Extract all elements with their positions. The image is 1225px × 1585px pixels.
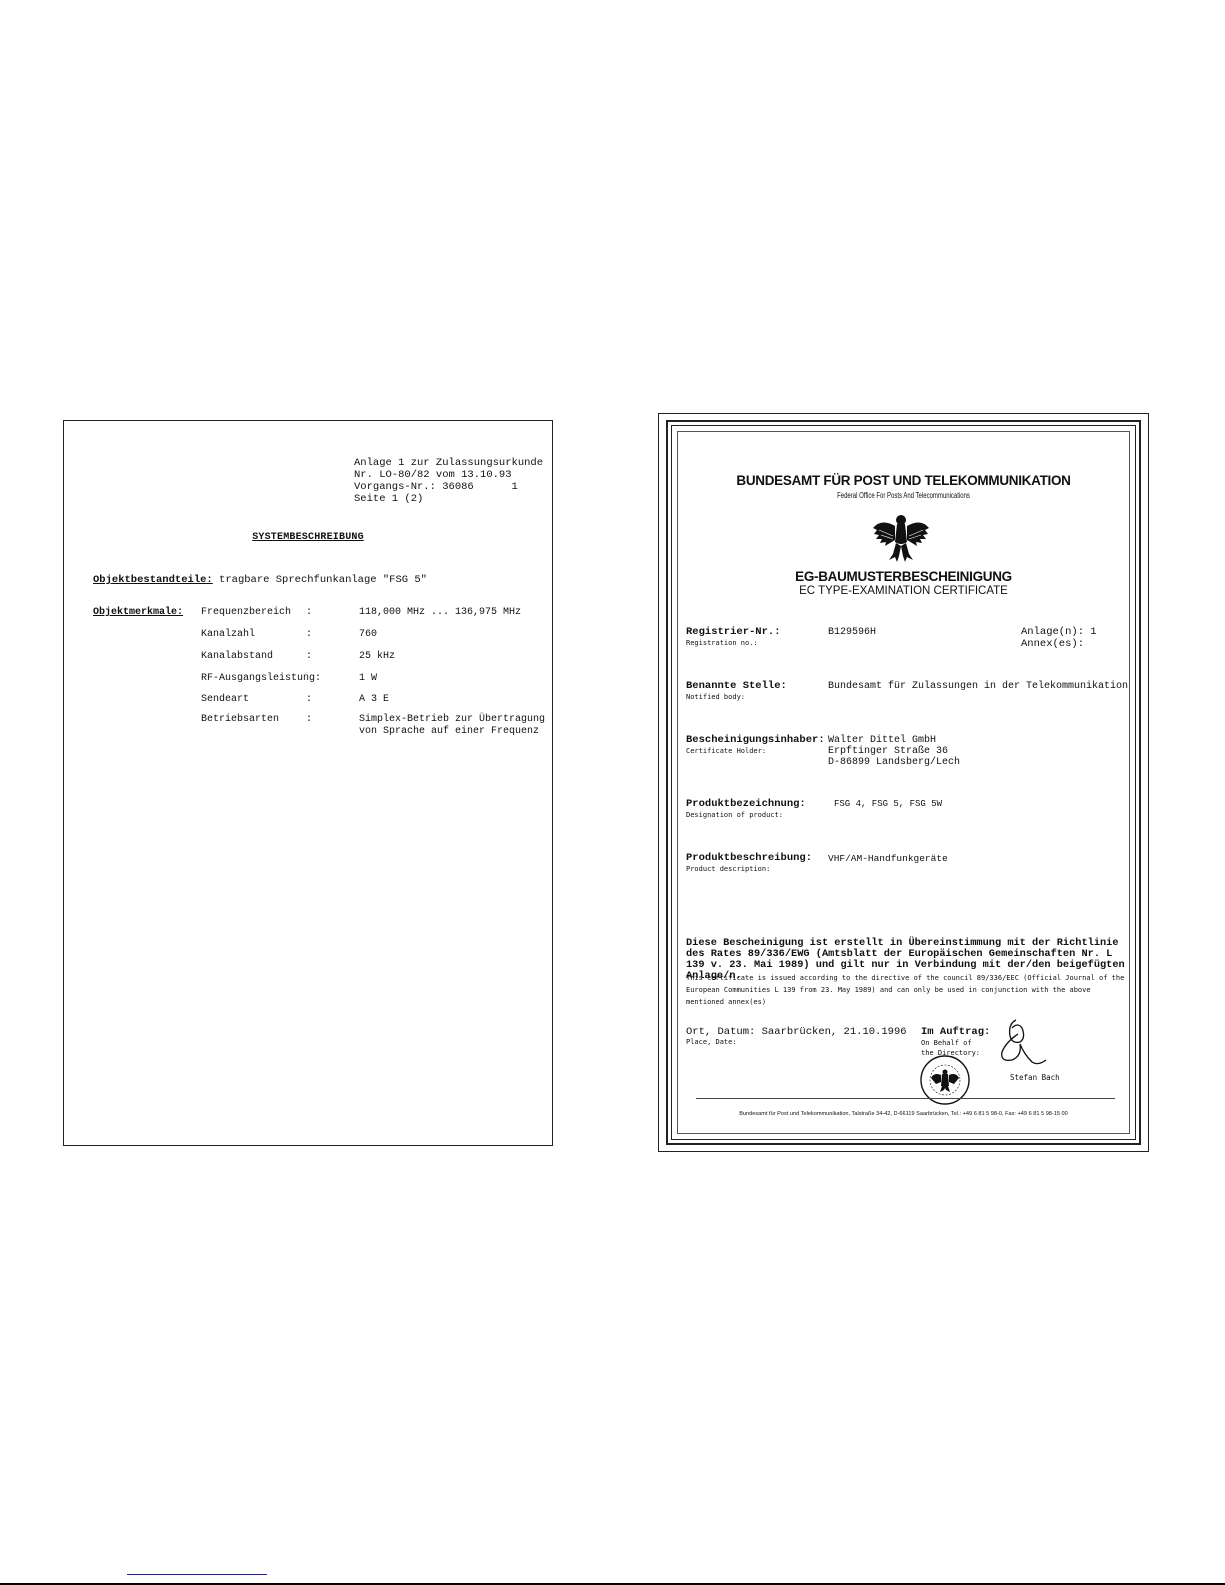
footnote-link-line — [127, 1574, 267, 1575]
product-description-field: Produktbeschreibung: Product description… — [686, 852, 812, 873]
feature-row: Frequenzbereich:118,000 MHz ... 136,975 … — [201, 607, 521, 619]
authority-address-footer: Bundesamt für Post und Telekommunikation… — [659, 1111, 1148, 1117]
certificate-holder-field: Bescheinigungsinhaber: Certificate Holde… — [686, 734, 825, 755]
certificate-holder-value: Walter Dittel GmbH Erpftinger Straße 36 … — [828, 735, 960, 768]
registration-label: Registrier-Nr.: — [686, 626, 781, 638]
certificate-title-en: EC TYPE-EXAMINATION CERTIFICATE — [659, 585, 1148, 597]
annex-count: Anlage(n): 1 Annex(es): — [1021, 626, 1097, 650]
certificate-holder-label-en: Certificate Holder: — [686, 747, 825, 755]
issuing-authority-en: Federal Office For Posts And Telecommuni… — [720, 491, 1087, 500]
feature-value: 118,000 MHz ... 136,975 MHz — [359, 607, 521, 619]
signer-name: Stefan Bach — [1010, 1073, 1060, 1082]
feature-row: Kanalabstand:25 kHz — [201, 651, 395, 663]
feature-separator: : — [306, 714, 359, 726]
object-parts-label: Objektbestandteile: — [93, 574, 213, 586]
feature-row: Kanalzahl:760 — [201, 629, 377, 641]
registration-label-en: Registration no.: — [686, 639, 781, 647]
feature-value: A 3 E — [359, 694, 389, 706]
place-date-value: Saarbrücken, 21.10.1996 — [762, 1026, 907, 1038]
feature-row: RF-Ausgangsleistung:1 W — [201, 673, 377, 685]
feature-separator: : — [306, 651, 359, 663]
feature-row: Sendeart:A 3 E — [201, 694, 389, 706]
registration-value: B129596H — [828, 627, 876, 638]
federal-eagle-icon — [871, 510, 931, 566]
feature-separator: : — [306, 629, 359, 641]
product-designation-label: Produktbezeichnung: — [686, 798, 806, 810]
object-features-label: Objektmerkmale: — [93, 607, 183, 618]
notified-body-field: Benannte Stelle: Notified body: — [686, 680, 787, 701]
notified-body-label-en: Notified body: — [686, 693, 787, 701]
product-designation-value: FSG 4, FSG 5, FSG 5W — [834, 799, 942, 810]
object-parts: Objektbestandteile: tragbare Sprechfunka… — [93, 574, 427, 586]
product-description-value: VHF/AM-Handfunkgeräte — [828, 853, 948, 864]
certificate-holder-label: Bescheinigungsinhaber: — [686, 734, 825, 746]
signature-icon — [994, 1014, 1054, 1069]
feature-key: RF-Ausgangsleistung: — [201, 673, 359, 685]
on-behalf-label: Im Auftrag: — [921, 1026, 990, 1038]
feature-row: Betriebsarten:Simplex-Betrieb zur Übertr… — [201, 714, 545, 738]
footer-divider — [696, 1098, 1115, 1099]
feature-separator: : — [306, 607, 359, 619]
notified-body-value: Bundesamt für Zulassungen in der Telekom… — [828, 681, 1128, 692]
annex-reference: Anlage 1 zur Zulassungsurkunde Nr. LO-80… — [354, 457, 543, 505]
product-description-label-en: Product description: — [686, 865, 812, 873]
ec-type-examination-certificate-page: BUNDESAMT FÜR POST UND TELEKOMMUNIKATION… — [658, 413, 1149, 1152]
feature-key: Kanalabstand — [201, 651, 306, 663]
notified-body-label: Benannte Stelle: — [686, 680, 787, 692]
feature-value: 25 kHz — [359, 651, 395, 663]
place-date-field: Ort, Datum: Saarbrücken, 21.10.1996 Plac… — [686, 1026, 907, 1046]
product-description-label: Produktbeschreibung: — [686, 852, 812, 864]
product-designation-field: Produktbezeichnung: Designation of produ… — [686, 798, 806, 819]
registration-field: Registrier-Nr.: Registration no.: — [686, 626, 781, 647]
feature-value: 760 — [359, 629, 377, 641]
feature-value: Simplex-Betrieb zur Übertragung von Spra… — [359, 714, 545, 738]
object-parts-value: tragbare Sprechfunkanlage "FSG 5" — [219, 574, 427, 586]
feature-separator: : — [306, 694, 359, 706]
feature-key: Betriebsarten — [201, 714, 306, 726]
product-designation-label-en: Designation of product: — [686, 811, 806, 819]
place-date-label-en: Place, Date: — [686, 1038, 907, 1046]
certificate-title: EG-BAUMUSTERBESCHEINIGUNG — [659, 569, 1148, 584]
feature-key: Frequenzbereich — [201, 607, 306, 619]
feature-key: Kanalzahl — [201, 629, 306, 641]
issuing-authority: BUNDESAMT FÜR POST UND TELEKOMMUNIKATION — [659, 473, 1148, 488]
feature-key: Sendeart — [201, 694, 306, 706]
page-title: SYSTEMBESCHREIBUNG — [64, 532, 552, 543]
place-date-label: Ort, Datum: — [686, 1026, 755, 1038]
feature-value: 1 W — [359, 673, 377, 685]
annex-system-description-page: Anlage 1 zur Zulassungsurkunde Nr. LO-80… — [63, 420, 553, 1146]
conformity-statement-en: This certificate is issued according to … — [686, 972, 1126, 1008]
